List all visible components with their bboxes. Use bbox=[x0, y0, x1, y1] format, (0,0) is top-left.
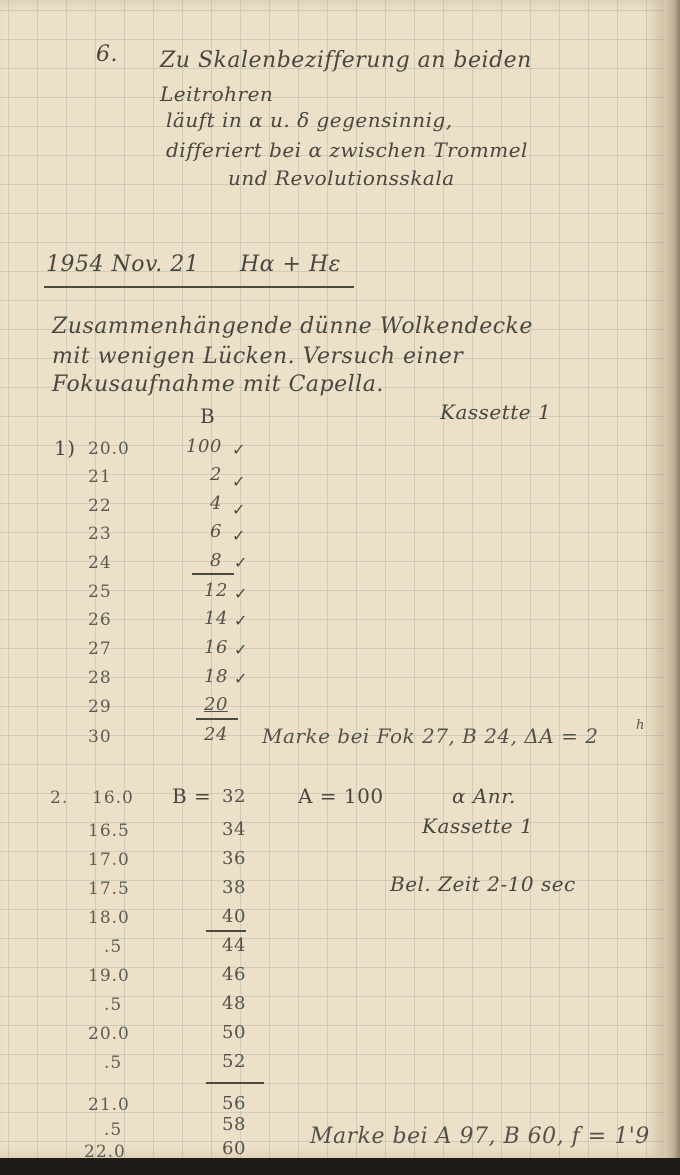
fok-value: 20.0 bbox=[88, 439, 130, 459]
description-line: mit wenigen Lücken. Versuch einer bbox=[52, 344, 463, 369]
fok-value: 16.5 bbox=[88, 821, 130, 841]
b-value: 6 bbox=[210, 521, 222, 542]
description-line: Zusammenhängende dünne Wolkendecke bbox=[52, 314, 533, 339]
fok-value: 21.0 bbox=[88, 1095, 130, 1115]
check-icon: ✓ bbox=[234, 611, 248, 630]
check-icon: ✓ bbox=[232, 440, 246, 459]
series-note: Marke bei A 97, B 60, f = 1'9 bbox=[310, 1124, 650, 1149]
b-value: 34 bbox=[222, 819, 246, 840]
fok-value: .5 bbox=[104, 995, 122, 1015]
fok-value: 20.0 bbox=[88, 1024, 130, 1044]
note-line: differiert bei α zwischen Trommel bbox=[166, 138, 528, 162]
fok-value: 17.0 bbox=[88, 850, 130, 870]
fok-value: 25 bbox=[88, 582, 112, 602]
note-number: 6. bbox=[96, 42, 118, 67]
fok-value: 30 bbox=[88, 727, 112, 747]
fok-value: 22 bbox=[88, 496, 112, 516]
note-line: und Revolutionsskala bbox=[228, 166, 455, 190]
fok-value: 28 bbox=[88, 668, 112, 688]
b-value: 14 bbox=[204, 608, 228, 629]
cassette-label: Kassette 1 bbox=[440, 400, 551, 424]
subtotal-line bbox=[206, 930, 246, 932]
b-value: 46 bbox=[222, 964, 246, 985]
check-icon: ✓ bbox=[234, 669, 248, 688]
note-line: Zu Skalenbezifferung an beiden bbox=[160, 48, 532, 73]
b-value: 16 bbox=[204, 637, 228, 658]
superscript: h bbox=[636, 718, 645, 733]
notebook-page: 6. Zu Skalenbezifferung an beiden Leitro… bbox=[0, 0, 664, 1158]
series-note: Marke bei Fok 27, B 24, ΔA = 2 bbox=[262, 724, 598, 748]
filter-label: Hα + Hε bbox=[240, 252, 341, 277]
check-icon: ✓ bbox=[232, 526, 246, 545]
fok-value: .5 bbox=[104, 1053, 122, 1073]
b-value: 8 bbox=[210, 550, 222, 571]
fok-value: .5 bbox=[104, 937, 122, 957]
subtotal-line bbox=[192, 573, 234, 575]
fok-value: 17.5 bbox=[88, 879, 130, 899]
check-icon: ✓ bbox=[232, 500, 246, 519]
alpha-note: α Anr. bbox=[452, 784, 516, 808]
b-value: 24 bbox=[204, 724, 228, 745]
fok-value: 18.0 bbox=[88, 908, 130, 928]
b-value: 18 bbox=[204, 666, 228, 687]
exposure-note: Bel. Zeit 2-10 sec bbox=[390, 872, 576, 896]
fok-value: 29 bbox=[88, 697, 112, 717]
date-heading: 1954 Nov. 21 bbox=[46, 252, 199, 277]
fok-value: 23 bbox=[88, 524, 112, 544]
check-icon: ✓ bbox=[232, 472, 246, 491]
b-value: 48 bbox=[222, 993, 246, 1014]
fok-value: .5 bbox=[104, 1120, 122, 1140]
b-value: 50 bbox=[222, 1022, 246, 1043]
note-line: läuft in α u. δ gegensinnig, bbox=[166, 108, 453, 132]
fok-value: 21 bbox=[88, 467, 112, 487]
b-value: 44 bbox=[222, 935, 246, 956]
b-prefix: B = bbox=[172, 784, 211, 808]
b-value: 52 bbox=[222, 1051, 246, 1072]
note-line: Leitrohren bbox=[160, 82, 273, 106]
b-value: 58 bbox=[222, 1114, 246, 1135]
subtotal-line bbox=[206, 1082, 264, 1084]
check-icon: ✓ bbox=[234, 640, 248, 659]
b-value: 20 bbox=[204, 694, 228, 715]
b-value: 2 bbox=[210, 464, 222, 485]
fok-value: 24 bbox=[88, 553, 112, 573]
b-value: 4 bbox=[210, 493, 222, 514]
b-value: 32 bbox=[222, 786, 246, 807]
series-label: 1) bbox=[54, 436, 76, 460]
b-value: 40 bbox=[222, 906, 246, 927]
column-header-b: B bbox=[200, 404, 215, 428]
cassette-label: Kassette 1 bbox=[422, 814, 533, 838]
series-label: 2. bbox=[50, 788, 68, 808]
b-value: 100 bbox=[186, 436, 222, 457]
check-icon: ✓ bbox=[234, 584, 248, 603]
check-icon: ✓ bbox=[234, 553, 248, 572]
subtotal-line bbox=[196, 718, 238, 720]
fok-value: 19.0 bbox=[88, 966, 130, 986]
b-value: 12 bbox=[204, 580, 228, 601]
fok-value: 26 bbox=[88, 610, 112, 630]
b-value: 60 bbox=[222, 1138, 246, 1159]
description-line: Fokusaufnahme mit Capella. bbox=[52, 372, 384, 397]
page-gutter bbox=[664, 0, 680, 1158]
b-value: 38 bbox=[222, 877, 246, 898]
notebook-binding bbox=[0, 1158, 680, 1175]
fok-value: 16.0 bbox=[92, 788, 134, 808]
fok-value: 27 bbox=[88, 639, 112, 659]
heading-underline bbox=[44, 286, 354, 288]
b-value: 56 bbox=[222, 1093, 246, 1114]
b-value: 36 bbox=[222, 848, 246, 869]
a-value: A = 100 bbox=[298, 784, 384, 808]
